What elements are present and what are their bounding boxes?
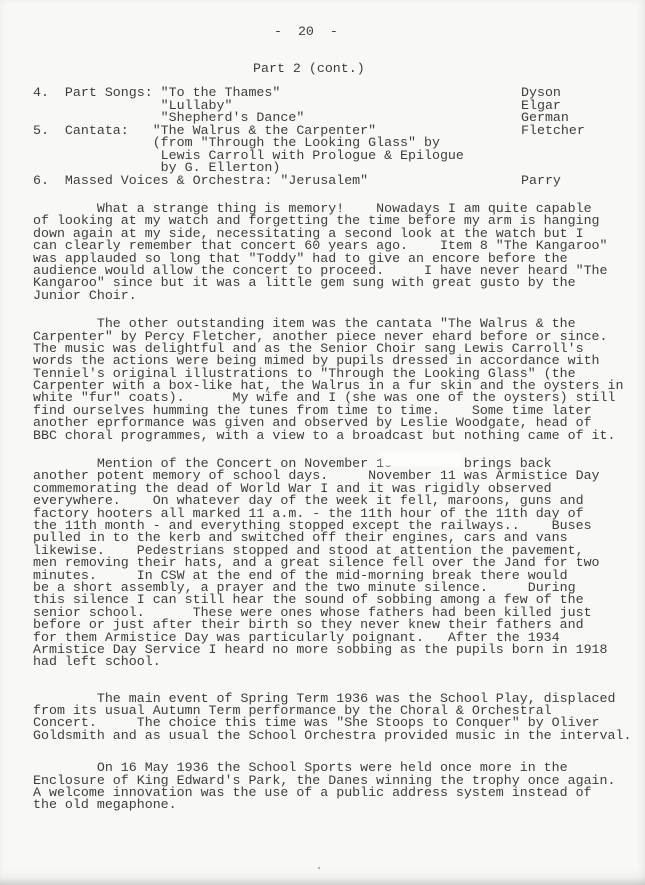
body-text: What a strange thing is memory! Nowadays… <box>33 203 643 828</box>
text-line: BBC choral programmes, with a view to a … <box>33 430 643 442</box>
correction-fluid-patch <box>382 453 460 465</box>
paragraph: What a strange thing is memory! Nowadays… <box>33 203 643 302</box>
page-number: - 20 - <box>274 24 338 39</box>
paragraph: The main event of Spring Term 1936 was t… <box>33 693 643 743</box>
paragraph: On 16 May 1936 the School Sports were he… <box>33 762 643 812</box>
paragraph: Mention of the Concert on November 16 br… <box>33 458 643 669</box>
composer-name: Parry <box>521 175 561 188</box>
page-bottom-shading <box>0 878 645 885</box>
text-line: had left school. <box>33 656 643 668</box>
section-heading: Part 2 (cont.) <box>253 61 365 76</box>
paragraph: The other outstanding item was the canta… <box>33 318 643 442</box>
programme-row: 6. Massed Voices & Orchestra: "Jerusalem… <box>33 175 633 188</box>
composer-name: Fletcher <box>521 125 585 138</box>
scanned-typewritten-page: - 20 - Part 2 (cont.) 4. Part Songs: "To… <box>0 0 645 885</box>
scan-speck <box>318 867 320 869</box>
programme-item-text: 6. Massed Voices & Orchestra: "Jerusalem… <box>33 173 368 188</box>
text-line: the old megaphone. <box>33 799 643 811</box>
text-line: Junior Choir. <box>33 290 643 302</box>
text-line: Goldsmith and as usual the School Orches… <box>33 730 643 742</box>
programme-list: 4. Part Songs: "To the Thames"Dyson "Lul… <box>33 87 633 187</box>
